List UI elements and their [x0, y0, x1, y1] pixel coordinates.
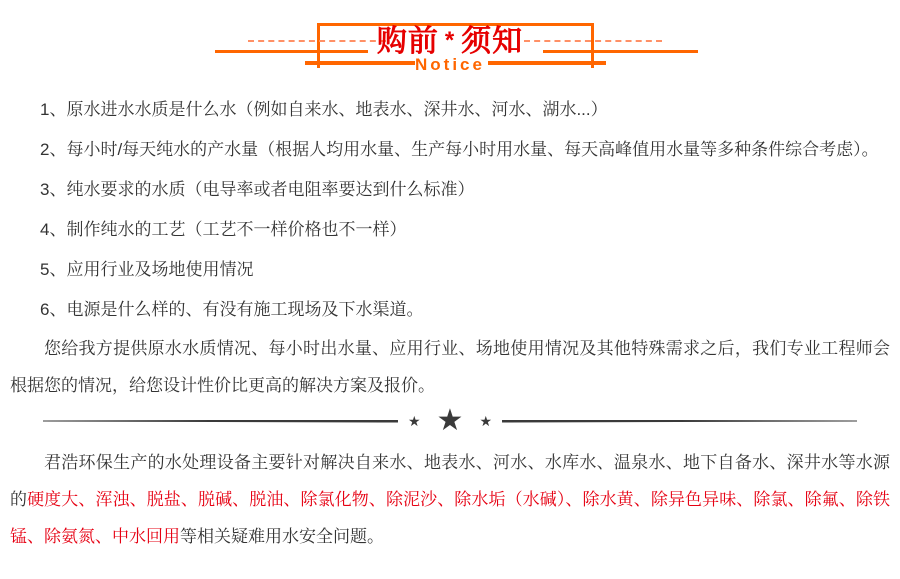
- capability-highlight-text: 硬度大、浑浊、脱盐、脱碱、脱油、除氯化物、除泥沙、除水垢（水碱）、除水黄、除异色…: [10, 490, 890, 546]
- divider-line-left: [43, 420, 398, 423]
- divider-line-right: [502, 420, 857, 423]
- capability-suffix-text: 等相关疑难用水安全问题。: [180, 527, 384, 546]
- list-item-1: 1、原水进水水质是什么水（例如自来水、地表水、深井水、河水、湖水...）: [40, 90, 880, 130]
- list-item-3: 3、纯水要求的水质（电导率或者电阻率要达到什么标准）: [40, 170, 880, 210]
- list-item-4: 4、制作纯水的工艺（工艺不一样价格也不一样）: [40, 210, 880, 250]
- list-item-6: 6、电源是什么样的、有没有施工现场及下水渠道。: [40, 290, 880, 330]
- capability-paragraph: 君浩环保生产的水处理设备主要针对解决自来水、地表水、河水、水库水、温泉水、地下自…: [0, 444, 900, 555]
- star-icon: ★: [437, 406, 464, 436]
- notice-header: 购前*须知 Notice: [0, 0, 900, 90]
- page-title: 购前*须知: [0, 24, 900, 59]
- page-subtitle: Notice: [0, 55, 900, 75]
- pre-purchase-notice-page: 购前*须知 Notice 1、原水进水水质是什么水（例如自来水、地表水、深井水、…: [0, 0, 900, 555]
- list-item-5: 5、应用行业及场地使用情况: [40, 250, 880, 290]
- pre-purchase-question-list: 1、原水进水水质是什么水（例如自来水、地表水、深井水、河水、湖水...） 2、每…: [0, 90, 900, 330]
- star-icon: ★: [408, 414, 421, 428]
- list-item-2: 2、每小时/每天纯水的产水量（根据人均用水量、生产每小时用水量、每天高峰值用水量…: [40, 130, 880, 170]
- title-left-text: 购前: [377, 25, 439, 58]
- asterisk-mark: *: [445, 27, 455, 54]
- title-right-text: 须知: [461, 25, 523, 58]
- star-divider: ★ ★ ★: [0, 404, 900, 438]
- summary-paragraph: 您给我方提供原水水质情况、每小时出水量、应用行业、场地使用情况及其他特殊需求之后…: [0, 330, 900, 404]
- star-icon: ★: [479, 414, 492, 428]
